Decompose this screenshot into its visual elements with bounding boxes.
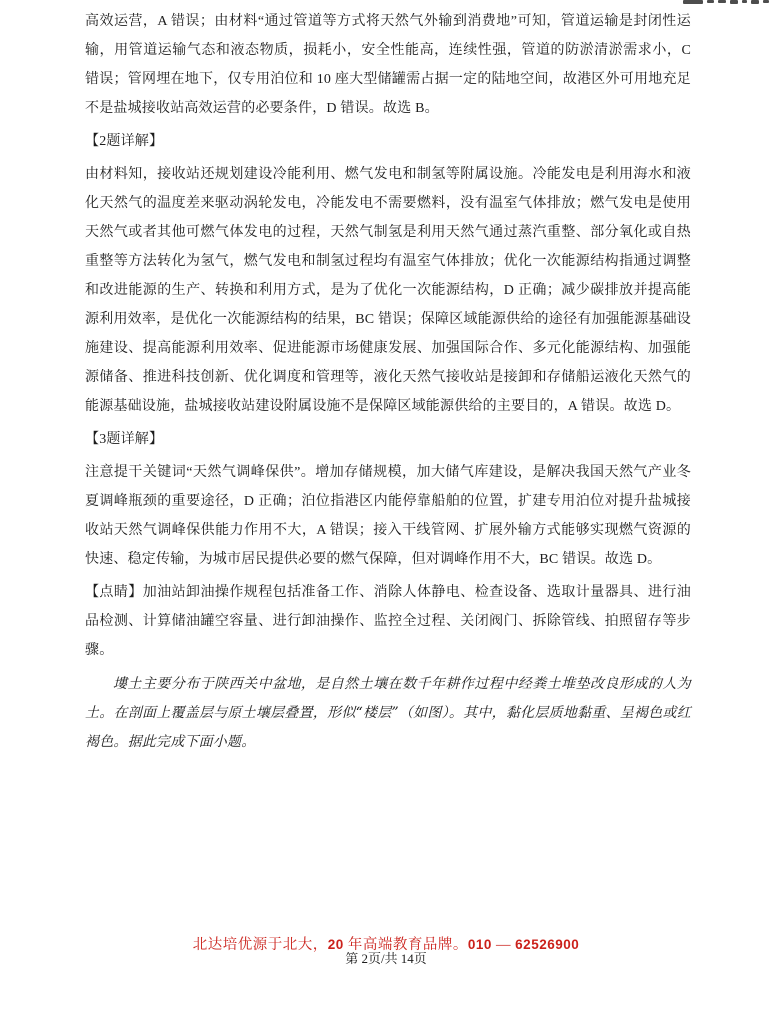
brand-text: 北达培优源于北大，: [193, 937, 328, 953]
section-heading-q2: 【2题详解】: [85, 127, 691, 156]
section-heading-q3: 【3题详解】: [85, 425, 691, 454]
paragraph-answer-continuation: 高效运营，A 错误；由材料“通过管道等方式将天然气外输到消费地”可知，管道运输是…: [85, 7, 691, 123]
page-number: 第 2页/共 14页: [0, 951, 772, 967]
brand-dash: —: [492, 937, 515, 953]
brand-phone-number: 62526900: [515, 937, 579, 952]
document-page: 高效运营，A 错误；由材料“通过管道等方式将天然气外输到消费地”可知，管道运输是…: [0, 0, 772, 1024]
paragraph-material-loutu: 塿土主要分布于陕西关中盆地，是自然土壤在数千年耕作过程中经粪土堆垫改良形成的人为…: [85, 670, 691, 757]
scan-cutoff-artifact: [683, 0, 769, 5]
paragraph-dianjing-tip: 【点睛】加油站卸油操作规程包括准备工作、消除人体静电、检查设备、选取计量器具、进…: [85, 578, 691, 665]
paragraph-q3-explanation: 注意提干关键词“天然气调峰保供”。增加存储规模，加大储气库建设，是解决我国天然气…: [85, 458, 691, 574]
page-footer: 北达培优源于北大，20 年高端教育品牌。010 — 62526900 第 2页/…: [0, 936, 772, 967]
brand-phone-area: 010: [468, 937, 492, 952]
paragraph-q2-explanation: 由材料知，接收站还规划建设冷能利用、燃气发电和制氢等附属设施。冷能发电是利用海水…: [85, 160, 691, 421]
document-content: 高效运营，A 错误；由材料“通过管道等方式将天然气外输到消费地”可知，管道运输是…: [85, 7, 691, 761]
brand-years: 20: [328, 937, 344, 952]
